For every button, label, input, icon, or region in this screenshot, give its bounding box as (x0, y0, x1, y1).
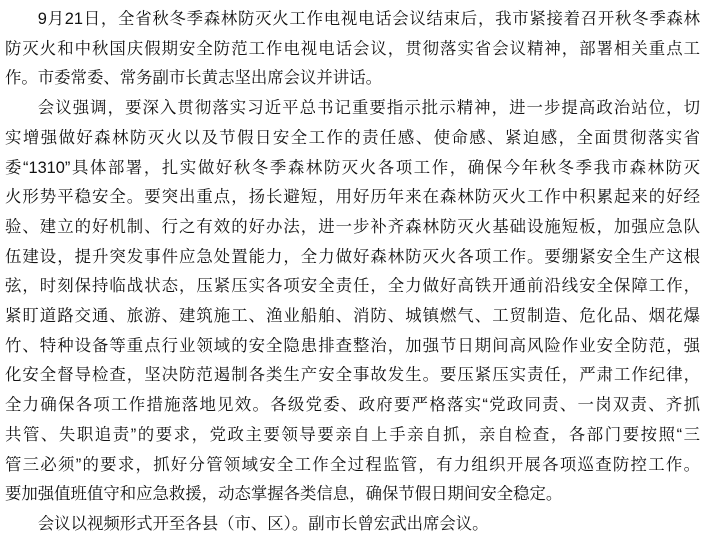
text-line: 9月21日，全省秋冬季森林防灭火工作电视电话会议结束后，我市紧接着召开秋冬季森林 (5, 5, 700, 35)
document-body: 9月21日，全省秋冬季森林防灭火工作电视电话会议结束后，我市紧接着召开秋冬季森林… (0, 0, 705, 540)
paragraph-meeting-emphasis: 会议强调，要深入贯彻落实习近平总书记重要指示批示精神，进一步提高政治站位，切 实… (5, 94, 700, 510)
text-line: 共管、失职追责”的要求，党政主要领导要亲自上手亲自抓，亲自检查，各部门要按照“三 (5, 421, 700, 451)
text-line: 紧盯道路交通、旅游、建筑施工、渔业船舶、消防、城镇燃气、工贸制造、危化品、烟花爆 (5, 302, 700, 332)
text-line: 伍建设，提升突发事件应急处置能力，全力做好森林防灭火各项工作。要绷紧安全生产这根 (5, 243, 700, 273)
text-line: 会议以视频形式开至各县（市、区）。副市长曾宏武出席会议。 (5, 510, 700, 540)
text-line: 竹、特种设备等重点行业领域的安全隐患排查整治，加强节日期间高风险作业安全防范，强 (5, 332, 700, 362)
text-line: 化安全督导检查，坚决防范遏制各类生产安全事故发生。要压紧压实责任，严肃工作纪律， (5, 361, 700, 391)
text-line: 全力确保各项工作措施落地见效。各级党委、政府要严格落实“党政同责、一岗双责、齐抓 (5, 391, 700, 421)
text-line: 弦，时刻保持临战状态，压紧压实各项安全责任，全力做好高铁开通前沿线安全保障工作， (5, 272, 700, 302)
text-line: 火形势平稳安全。要突出重点，扬长避短，用好历年来在森林防灭火工作中积累起来的好经 (5, 183, 700, 213)
document-page: 9月21日，全省秋冬季森林防灭火工作电视电话会议结束后，我市紧接着召开秋冬季森林… (0, 0, 705, 553)
text-line: 验、建立的好机制、行之有效的好办法，进一步补齐森林防灭火基础设施短板，加强应急队 (5, 213, 700, 243)
text-line: 管三必须”的要求，抓好分管领域安全工作全过程监管，有力组织开展各项巡查防控工作。 (5, 451, 700, 481)
text-line: 委“1310”具体部署，扎实做好秋冬季森林防灭火各项工作，确保今年秋冬季我市森林… (5, 154, 700, 184)
paragraph-closing: 会议以视频形式开至各县（市、区）。副市长曾宏武出席会议。 (5, 510, 700, 540)
text-line: 会议强调，要深入贯彻落实习近平总书记重要指示批示精神，进一步提高政治站位，切 (5, 94, 700, 124)
text-line: 实增强做好森林防灭火以及节假日安全工作的责任感、使命感、紧迫感，全面贯彻落实省 (5, 124, 700, 154)
text-line: 防灭火和中秋国庆假期安全防范工作电视电话会议，贯彻落实省会议精神，部署相关重点工 (5, 35, 700, 65)
text-line: 作。市委常委、常务副市长黄志坚出席会议并讲话。 (5, 64, 700, 94)
text-line: 要加强值班值守和应急救援，动态掌握各类信息，确保节假日期间安全稳定。 (5, 480, 700, 510)
paragraph-intro: 9月21日，全省秋冬季森林防灭火工作电视电话会议结束后，我市紧接着召开秋冬季森林… (5, 5, 700, 94)
